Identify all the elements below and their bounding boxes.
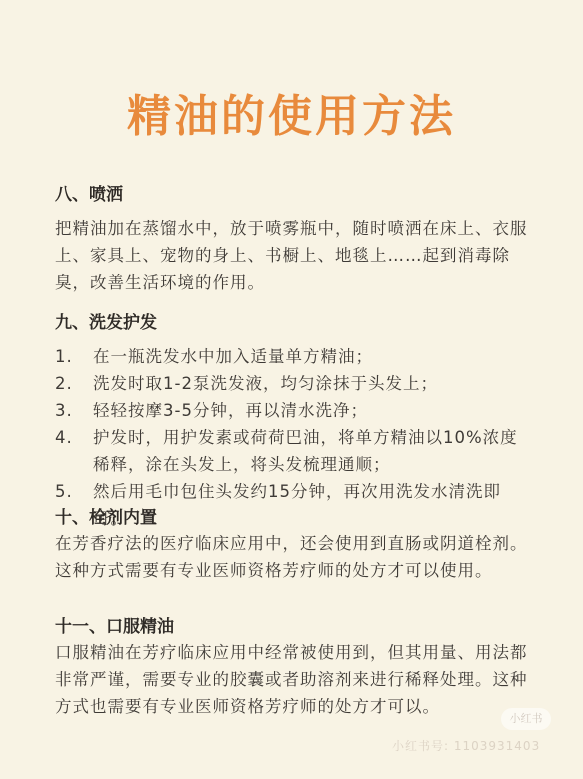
list-item: 2.洗发时取1-2泵洗发液，均匀涂抹于头发上；	[55, 370, 535, 397]
list-item: 3.轻轻按摩3-5分钟，再以清水洗净；	[55, 397, 535, 424]
watermark-badge: 小红书	[501, 708, 551, 730]
item-number: 4.	[55, 424, 93, 478]
item-text: 轻轻按摩3-5分钟，再以清水洗净；	[93, 397, 535, 424]
section-hair-care: 九、洗发护发 1.在一瓶洗发水中加入适量单方精油； 2.洗发时取1-2泵洗发液，…	[55, 308, 535, 532]
section-body: 在芳香疗法的医疗临床应用中，还会使用到直肠或阴道栓剂。这种方式需要有专业医师资格…	[55, 530, 535, 584]
item-number: 3.	[55, 397, 93, 424]
section-heading: 八、喷洒	[55, 180, 535, 205]
section-body: 口服精油在芳疗临床应用中经常被使用到，但其用量、用法都非常严谨，需要专业的胶囊或…	[55, 639, 535, 720]
section-heading: 十一、口服精油	[55, 612, 535, 637]
item-text: 洗发时取1-2泵洗发液，均匀涂抹于头发上；	[93, 370, 535, 397]
document-page: 精油的使用方法 八、喷洒 把精油加在蒸馏水中，放于喷雾瓶中，随时喷洒在床上、衣服…	[0, 0, 583, 779]
item-text: 护发时，用护发素或荷荷巴油，将单方精油以10%浓度稀释，涂在头发上，将头发梳理通…	[93, 424, 535, 478]
item-number: 2.	[55, 370, 93, 397]
list-item: 1.在一瓶洗发水中加入适量单方精油；	[55, 343, 535, 370]
list-item: 4.护发时，用护发素或荷荷巴油，将单方精油以10%浓度稀释，涂在头发上，将头发梳…	[55, 424, 535, 478]
item-number: 1.	[55, 343, 93, 370]
section-heading: 十、栓剂内置	[55, 503, 535, 528]
section-body: 把精油加在蒸馏水中，放于喷雾瓶中，随时喷洒在床上、衣服上、家具上、宠物的身上、书…	[55, 215, 535, 296]
watermark-id: 小红书号: 1103931403	[392, 737, 540, 754]
section-suppository: 十、栓剂内置 在芳香疗法的医疗临床应用中，还会使用到直肠或阴道栓剂。这种方式需要…	[55, 503, 535, 584]
section-oral: 十一、口服精油 口服精油在芳疗临床应用中经常被使用到，但其用量、用法都非常严谨，…	[55, 612, 535, 720]
item-text: 在一瓶洗发水中加入适量单方精油；	[93, 343, 535, 370]
page-title: 精油的使用方法	[0, 80, 583, 144]
section-heading: 九、洗发护发	[55, 308, 535, 333]
section-spray: 八、喷洒 把精油加在蒸馏水中，放于喷雾瓶中，随时喷洒在床上、衣服上、家具上、宠物…	[55, 180, 535, 296]
